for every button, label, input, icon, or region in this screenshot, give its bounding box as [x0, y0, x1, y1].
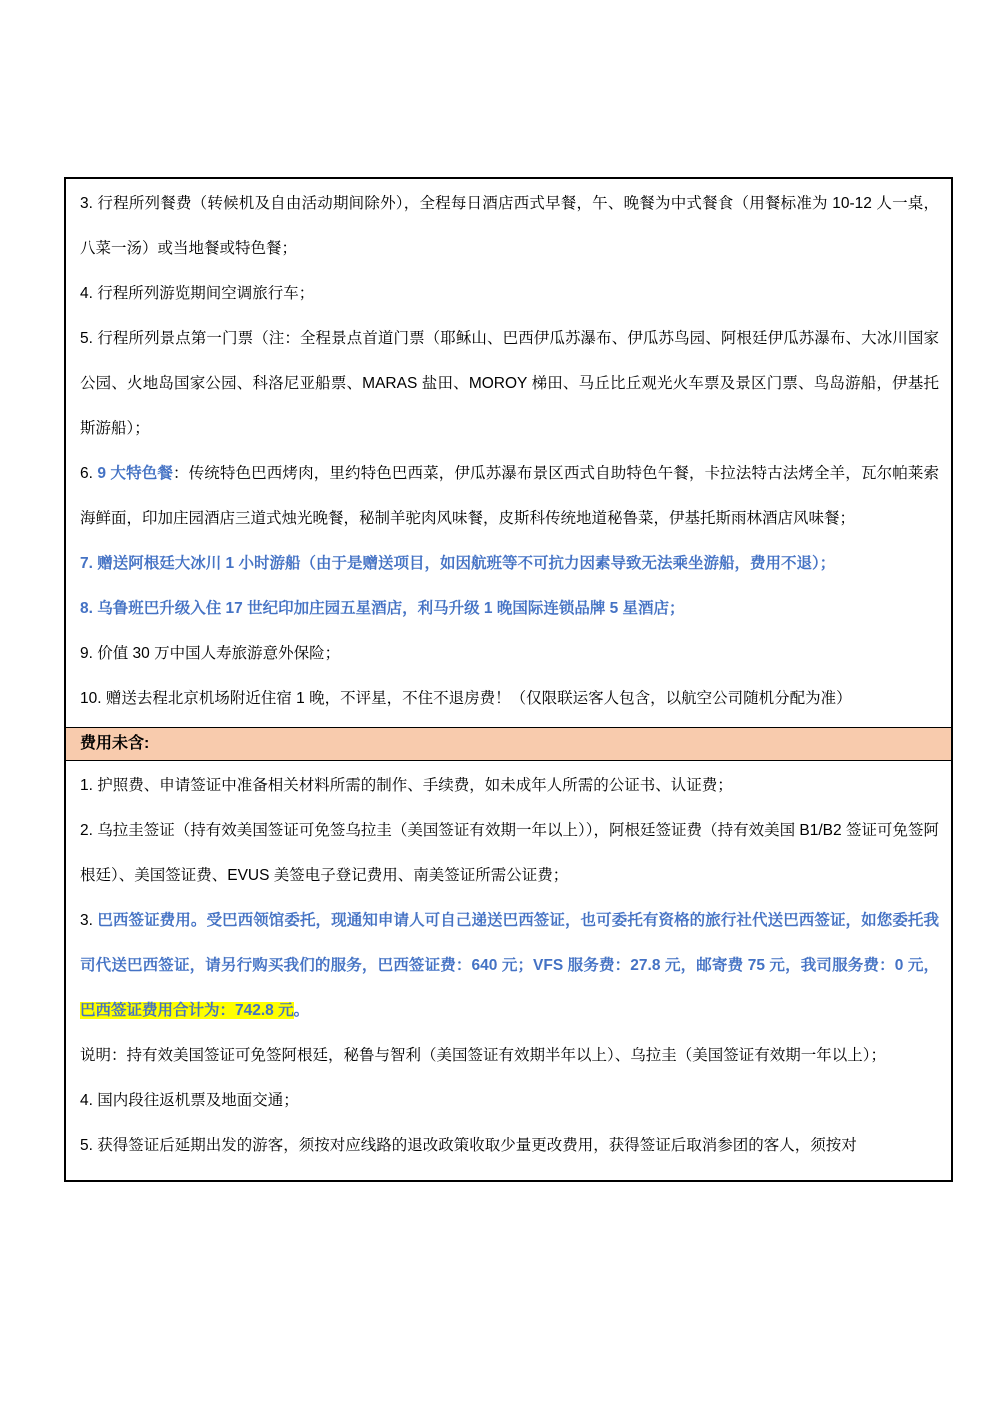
- excluded-item-1: 1. 护照费、申请签证中准备相关材料所需的制作、手续费，如未成年人所需的公证书、…: [80, 763, 939, 808]
- excluded-item-3-highlighted-total: 巴西签证费用合计为：742.8 元: [80, 1002, 294, 1019]
- document-page: 3. 行程所列餐费（转候机及自由活动期间除外），全程每日酒店西式早餐，午、晚餐为…: [0, 0, 992, 1403]
- excluded-item-2: 2. 乌拉圭签证（持有效美国签证可免签乌拉圭（美国签证有效期一年以上）），阿根廷…: [80, 808, 939, 898]
- excluded-item-2-text: 2. 乌拉圭签证（持有效美国签证可免签乌拉圭（美国签证有效期一年以上）），阿根廷…: [80, 822, 939, 884]
- included-item-10-text: 10. 赠送去程北京机场附近住宿 1 晚，不评星，不住不退房费！（仅限联运客人包…: [80, 690, 852, 707]
- excluded-item-3-body: 巴西签证费用。受巴西领馆委托，现通知申请人可自己递送巴西签证，也可委托有资格的旅…: [80, 912, 939, 974]
- included-item-10: 10. 赠送去程北京机场附近住宿 1 晚，不评星，不住不退房费！（仅限联运客人包…: [80, 676, 939, 721]
- excluded-item-5-text: 5. 获得签证后延期出发的游客，须按对应线路的退改政策收取少量更改费用，获得签证…: [80, 1137, 857, 1154]
- included-item-9: 9. 价值 30 万中国人寿旅游意外保险；: [80, 631, 939, 676]
- included-item-7: 7. 赠送阿根廷大冰川 1 小时游船（由于是赠送项目，如因航班等不可抗力因素导致…: [80, 541, 939, 586]
- included-item-5-text: 5. 行程所列景点第一门票（注：全程景点首道门票（耶稣山、巴西伊瓜苏瀑布、伊瓜苏…: [80, 330, 939, 437]
- excluded-item-4-text: 4. 国内段往返机票及地面交通；: [80, 1092, 299, 1109]
- excluded-item-3-tail: 。: [294, 1002, 310, 1019]
- excluded-item-1-text: 1. 护照费、申请签证中准备相关材料所需的制作、手续费，如未成年人所需的公证书、…: [80, 777, 733, 794]
- fee-table: 3. 行程所列餐费（转候机及自由活动期间除外），全程每日酒店西式早餐，午、晚餐为…: [64, 177, 953, 1182]
- included-item-8-text: 8. 乌鲁班巴升级入住 17 世纪印加庄园五星酒店，利马升级 1 晚国际连锁品牌…: [80, 600, 685, 617]
- included-item-9-text: 9. 价值 30 万中国人寿旅游意外保险；: [80, 645, 340, 662]
- included-item-5: 5. 行程所列景点第一门票（注：全程景点首道门票（耶稣山、巴西伊瓜苏瀑布、伊瓜苏…: [80, 316, 939, 451]
- excluded-item-3-number: 3.: [80, 912, 97, 929]
- included-item-3: 3. 行程所列餐费（转候机及自由活动期间除外），全程每日酒店西式早餐，午、晚餐为…: [80, 181, 939, 271]
- included-item-6-number: 6.: [80, 465, 97, 482]
- included-item-6-title: 9 大特色餐: [97, 465, 173, 482]
- excluded-note-text: 说明：持有效美国签证可免签阿根廷，秘鲁与智利（美国签证有效期半年以上）、乌拉圭（…: [80, 1047, 886, 1064]
- excluded-item-5: 5. 获得签证后延期出发的游客，须按对应线路的退改政策收取少量更改费用，获得签证…: [80, 1123, 939, 1168]
- fee-excluded-row: 1. 护照费、申请签证中准备相关材料所需的制作、手续费，如未成年人所需的公证书、…: [66, 761, 951, 1180]
- excluded-item-4: 4. 国内段往返机票及地面交通；: [80, 1078, 939, 1123]
- included-item-4-text: 4. 行程所列游览期间空调旅行车；: [80, 285, 314, 302]
- excluded-note: 说明：持有效美国签证可免签阿根廷，秘鲁与智利（美国签证有效期半年以上）、乌拉圭（…: [80, 1033, 939, 1078]
- fee-included-row: 3. 行程所列餐费（转候机及自由活动期间除外），全程每日酒店西式早餐，午、晚餐为…: [66, 179, 951, 728]
- fee-excluded-header-row: 费用未含:: [66, 728, 951, 761]
- included-item-4: 4. 行程所列游览期间空调旅行车；: [80, 271, 939, 316]
- excluded-item-3: 3. 巴西签证费用。受巴西领馆委托，现通知申请人可自己递送巴西签证，也可委托有资…: [80, 898, 939, 1033]
- included-item-3-text: 3. 行程所列餐费（转候机及自由活动期间除外），全程每日酒店西式早餐，午、晚餐为…: [80, 195, 939, 257]
- included-item-6: 6. 9 大特色餐：传统特色巴西烤肉，里约特色巴西菜，伊瓜苏瀑布景区西式自助特色…: [80, 451, 939, 541]
- included-item-6-body: ：传统特色巴西烤肉，里约特色巴西菜，伊瓜苏瀑布景区西式自助特色午餐，卡拉法特古法…: [80, 465, 939, 527]
- included-item-7-text: 7. 赠送阿根廷大冰川 1 小时游船（由于是赠送项目，如因航班等不可抗力因素导致…: [80, 555, 835, 572]
- fee-excluded-header-label: 费用未含:: [80, 733, 939, 755]
- included-item-8: 8. 乌鲁班巴升级入住 17 世纪印加庄园五星酒店，利马升级 1 晚国际连锁品牌…: [80, 586, 939, 631]
